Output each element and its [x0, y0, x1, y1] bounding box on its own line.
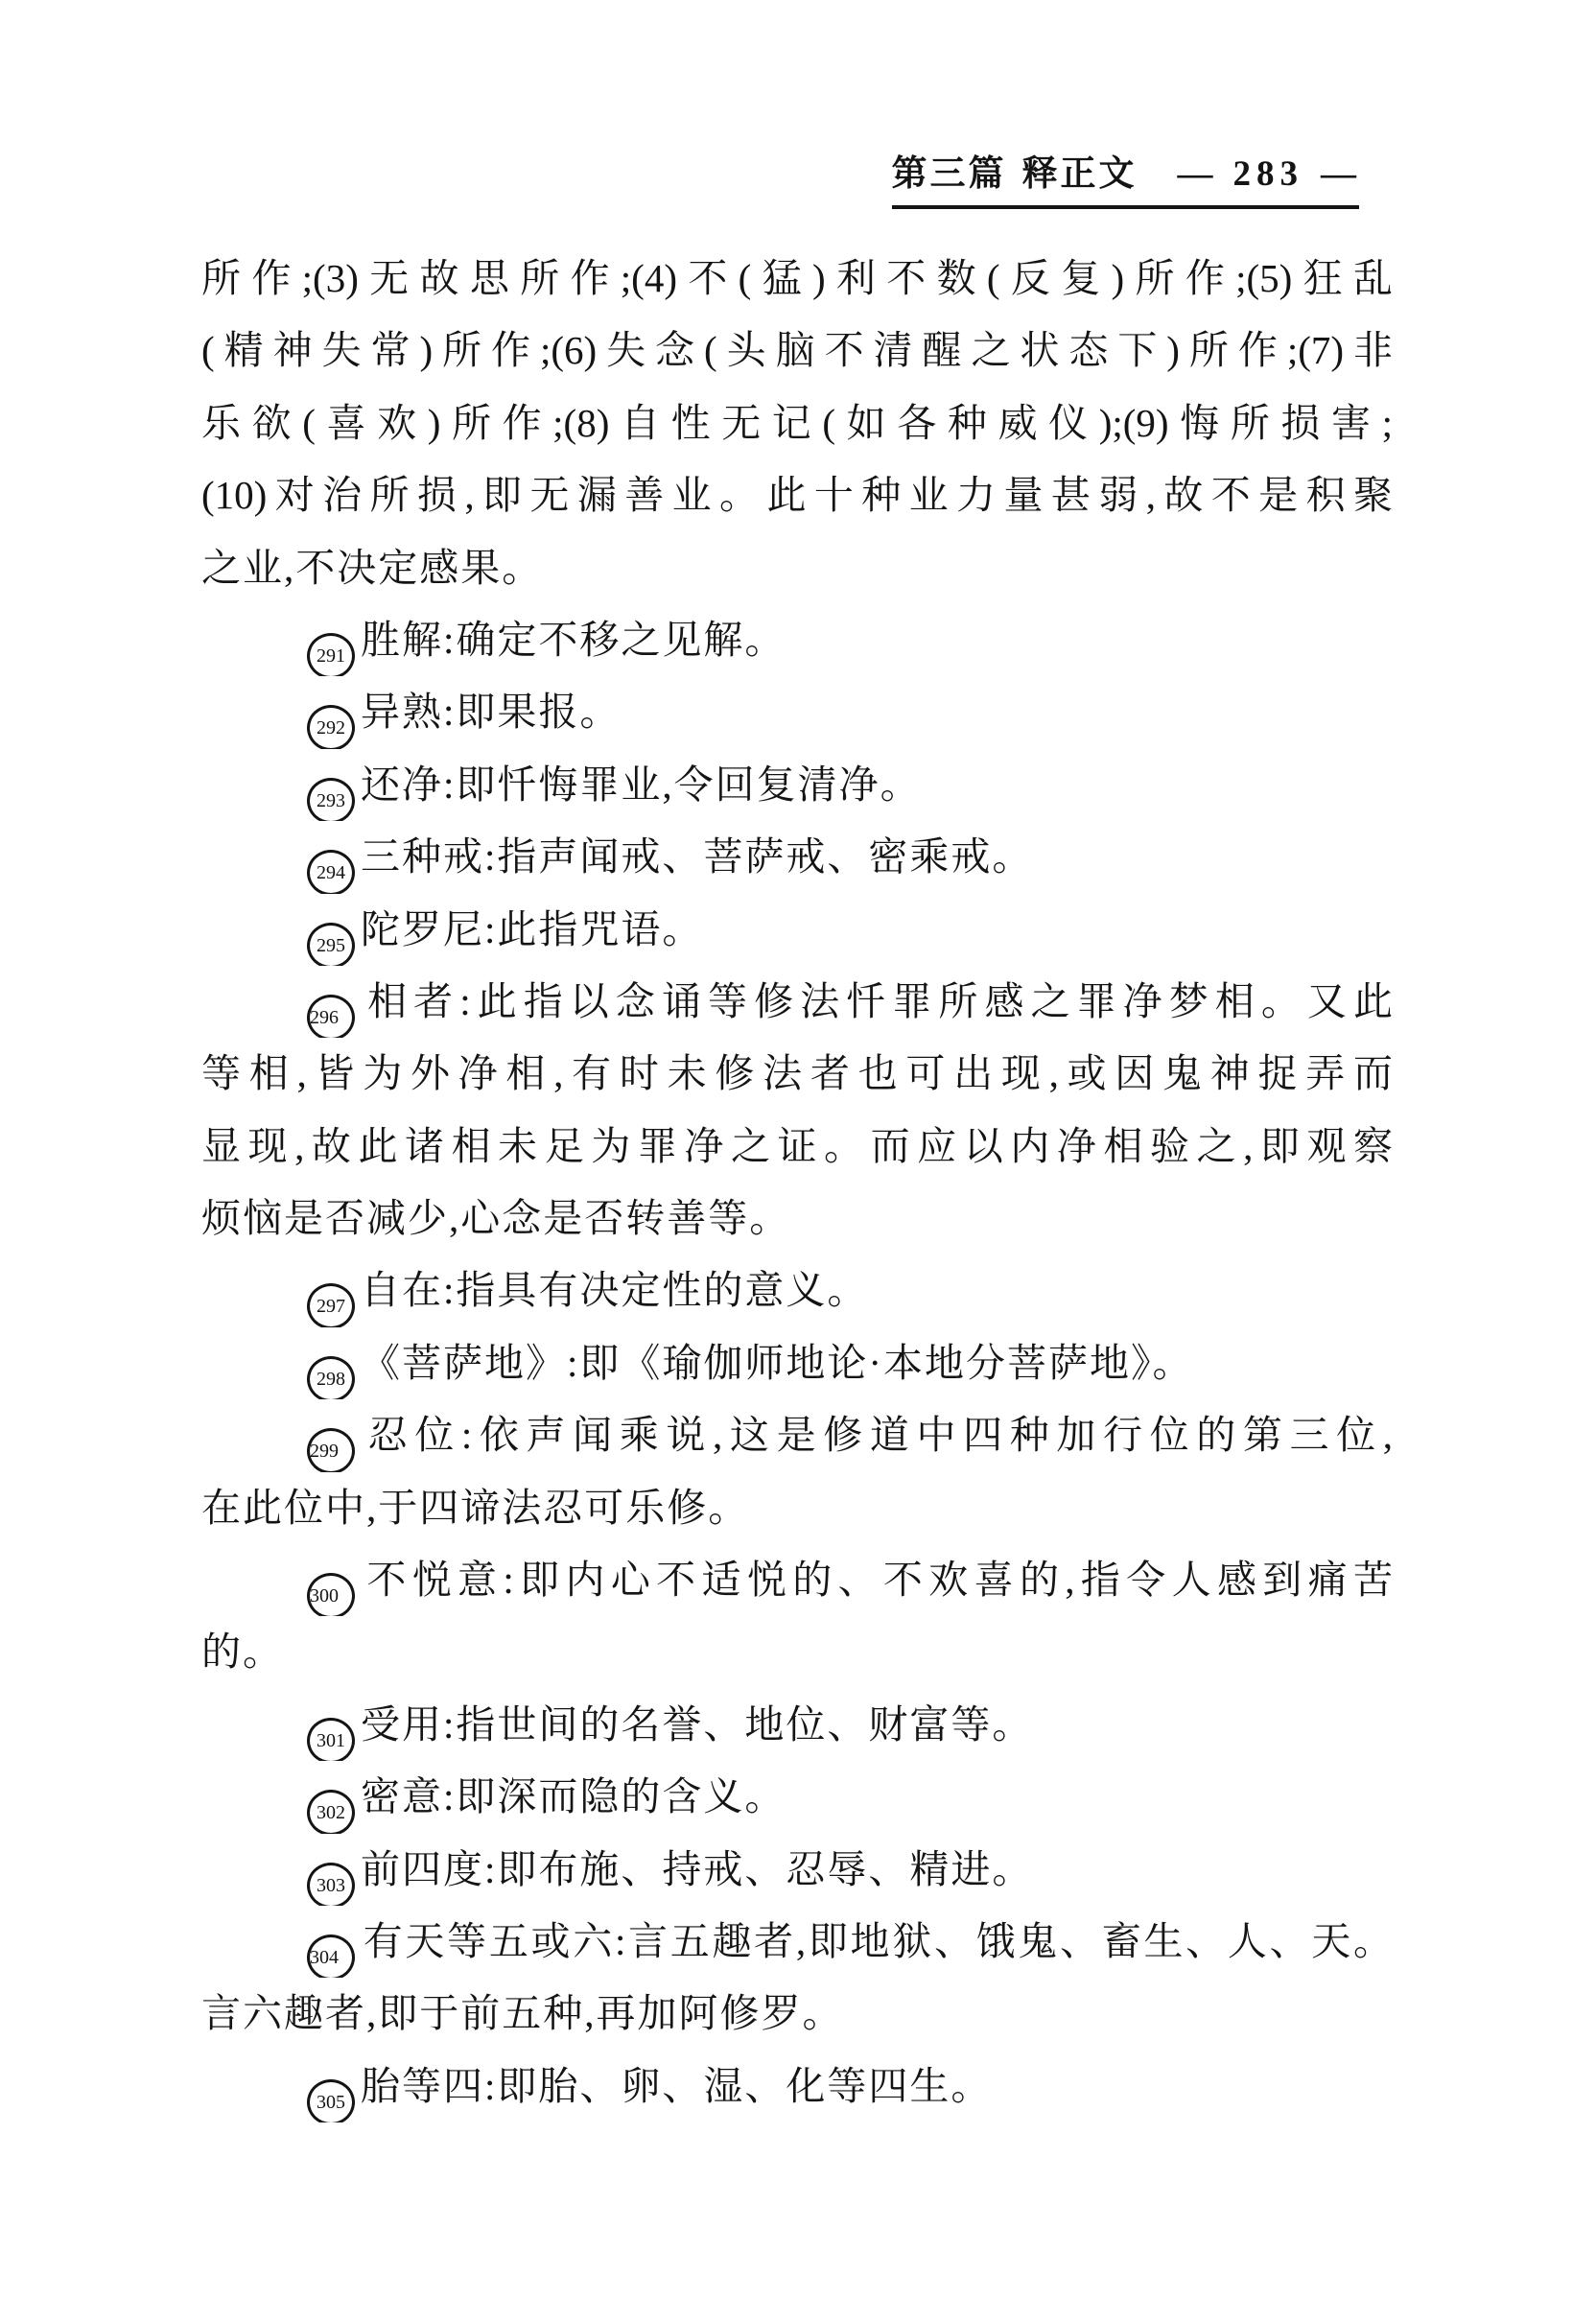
line-text: 胎等四:即胎、卵、湿、化等四生。 — [361, 2064, 992, 2108]
line-text: 《菩萨地》:即《瑜伽师地论·本地分菩萨地》。 — [361, 1341, 1194, 1385]
line-text: 之业,不决定感果。 — [201, 546, 543, 590]
circled-entry-number: 295 — [307, 923, 355, 966]
line-text: 显现,故此诸相未足为罪净之证。而应以内净相验之,即观察 — [201, 1124, 1393, 1168]
text-line: 301受用:指世间的名誉、地位、财富等。 — [201, 1689, 1393, 1761]
text-line: 等相,皆为外净相,有时未修法者也可出现,或因鬼神捉弄而 — [201, 1038, 1393, 1110]
circled-entry-number: 294 — [307, 850, 355, 893]
text-line: 299忍位:依声闻乘说,这是修道中四种加行位的第三位, — [201, 1399, 1393, 1471]
text-line: 305胎等四:即胎、卵、湿、化等四生。 — [201, 2051, 1393, 2122]
text-line: 303前四度:即布施、持戒、忍辱、精进。 — [201, 1834, 1393, 1906]
line-text: 所作;(3)无故思所作;(4)不(猛)利不数(反复)所作;(5)狂乱 — [201, 256, 1393, 300]
circled-entry-number: 304 — [307, 1935, 355, 1978]
circled-entry-number: 291 — [307, 633, 355, 676]
text-line: 在此位中,于四谛法忍可乐修。 — [201, 1472, 1393, 1544]
text-line: 294三种戒:指声闻戒、菩萨戒、密乘戒。 — [201, 821, 1393, 893]
circled-entry-number: 297 — [307, 1283, 355, 1326]
line-text: 胜解:确定不移之见解。 — [361, 618, 786, 662]
text-line: 297自在:指具有决定性的意义。 — [201, 1255, 1393, 1326]
circled-entry-number: 293 — [307, 778, 355, 821]
text-line: 292异熟:即果报。 — [201, 676, 1393, 748]
circled-entry-number: 296 — [307, 995, 355, 1038]
line-text: 不悦意:即内心不适悦的、不欢喜的,指令人感到痛苦 — [361, 1558, 1393, 1602]
text-line: 乐欲(喜欢)所作;(8)自性无记(如各种威仪);(9)悔所损害; — [201, 387, 1393, 459]
text-line: 之业,不决定感果。 — [201, 532, 1393, 604]
line-text: 在此位中,于四谛法忍可乐修。 — [201, 1486, 749, 1530]
text-line: 291胜解:确定不移之见解。 — [201, 604, 1393, 676]
line-text: 相者:此指以念诵等修法忏罪所感之罪净梦相。又此 — [361, 979, 1393, 1023]
line-text: 言六趣者,即于前五种,再加阿修罗。 — [201, 1991, 844, 2035]
text-line: 300不悦意:即内心不适悦的、不欢喜的,指令人感到痛苦 — [201, 1544, 1393, 1616]
text-line: 显现,故此诸相未足为罪净之证。而应以内净相验之,即观察 — [201, 1111, 1393, 1183]
text-line: 烦恼是否减少,心念是否转善等。 — [201, 1183, 1393, 1255]
text-line: 304有天等五或六:言五趣者,即地狱、饿鬼、畜生、人、天。 — [201, 1906, 1393, 1978]
header-chapter-title: 释正文 — [1022, 154, 1138, 194]
circled-entry-number: 300 — [307, 1573, 355, 1616]
line-text: 的。 — [201, 1630, 284, 1674]
text-line: 言六趣者,即于前五种,再加阿修罗。 — [201, 1978, 1393, 2050]
circled-entry-number: 301 — [307, 1718, 355, 1761]
scanned-book-page: 第三篇释正文—283— 所作;(3)无故思所作;(4)不(猛)利不数(反复)所作… — [0, 0, 1596, 2298]
header-dash-right: — — [1321, 154, 1359, 194]
circled-entry-number: 298 — [307, 1356, 355, 1399]
line-text: 自在:指具有决定性的意义。 — [361, 1268, 868, 1312]
text-line: 295陀罗尼:此指咒语。 — [201, 894, 1393, 966]
running-header: 第三篇释正文—283— — [892, 144, 1360, 209]
line-text: 三种戒:指声闻戒、菩萨戒、密乘戒。 — [361, 834, 1033, 879]
line-text: 前四度:即布施、持戒、忍辱、精进。 — [361, 1847, 1033, 1891]
line-text: 烦恼是否减少,心念是否转善等。 — [201, 1196, 790, 1240]
line-text: 乐欲(喜欢)所作;(8)自性无记(如各种威仪);(9)悔所损害; — [201, 401, 1393, 445]
line-text: 等相,皆为外净相,有时未修法者也可出现,或因鬼神捉弄而 — [201, 1051, 1393, 1095]
text-line: 302密意:即深而隐的含义。 — [201, 1761, 1393, 1833]
text-line: (10)对治所损,即无漏善业。此十种业力量甚弱,故不是积聚 — [201, 459, 1393, 531]
line-text: 密意:即深而隐的含义。 — [361, 1774, 786, 1818]
text-line: 所作;(3)无故思所作;(4)不(猛)利不数(反复)所作;(5)狂乱 — [201, 243, 1393, 315]
line-text: 陀罗尼:此指咒语。 — [361, 907, 703, 951]
line-text: (10)对治所损,即无漏善业。此十种业力量甚弱,故不是积聚 — [201, 473, 1393, 517]
circled-entry-number: 303 — [307, 1863, 355, 1906]
text-line: 298《菩萨地》:即《瑜伽师地论·本地分菩萨地》。 — [201, 1327, 1393, 1399]
circled-entry-number: 302 — [307, 1790, 355, 1833]
text-line: (精神失常)所作;(6)失念(头脑不清醒之状态下)所作;(7)非 — [201, 315, 1393, 387]
line-text: 还净:即忏悔罪业,令回复清净。 — [361, 762, 922, 807]
header-dash-left: — — [1178, 154, 1216, 194]
circled-entry-number: 305 — [307, 2079, 355, 2122]
line-text: (精神失常)所作;(6)失念(头脑不清醒之状态下)所作;(7)非 — [201, 328, 1393, 372]
header-section: 第三篇 — [892, 154, 1007, 194]
page-number: 283 — [1233, 154, 1304, 194]
text-line: 296相者:此指以念诵等修法忏罪所感之罪净梦相。又此 — [201, 966, 1393, 1038]
line-text: 有天等五或六:言五趣者,即地狱、饿鬼、畜生、人、天。 — [361, 1919, 1393, 1963]
line-text: 忍位:依声闻乘说,这是修道中四种加行位的第三位, — [361, 1413, 1393, 1457]
text-line: 293还净:即忏悔罪业,令回复清净。 — [201, 749, 1393, 821]
circled-entry-number: 299 — [307, 1428, 355, 1471]
body-text-block: 所作;(3)无故思所作;(4)不(猛)利不数(反复)所作;(5)狂乱(精神失常)… — [201, 243, 1393, 2122]
circled-entry-number: 292 — [307, 705, 355, 748]
text-line: 的。 — [201, 1616, 1393, 1688]
line-text: 受用:指世间的名誉、地位、财富等。 — [361, 1702, 1033, 1747]
line-text: 异熟:即果报。 — [361, 690, 621, 734]
